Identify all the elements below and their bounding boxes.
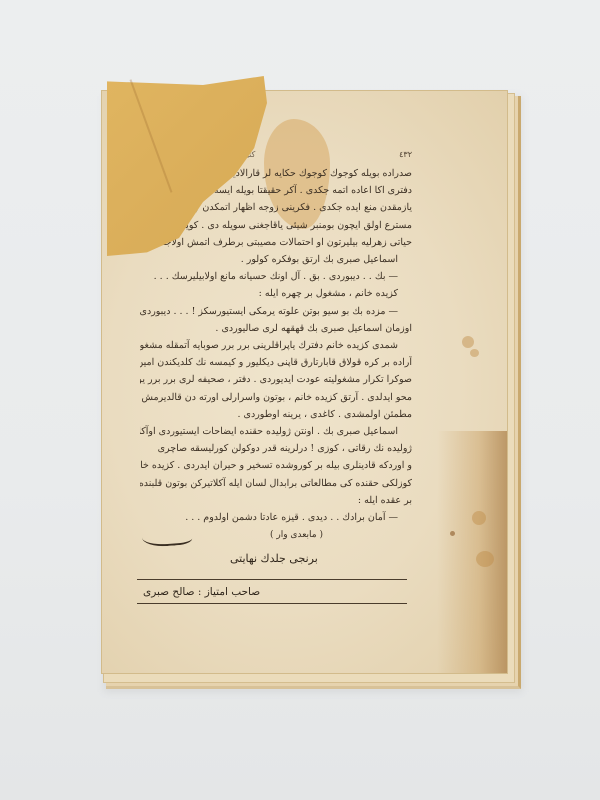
text-line: كوزلكی حقنده كی مطالعاتی برابدال لسان ای… xyxy=(140,475,412,492)
volume-end-label: برنجی جلدك نهایتی xyxy=(230,552,318,565)
text-line: حیاتی زهرلیه بیلیرتون او احتمالات مصیبتی… xyxy=(140,234,412,251)
foxing-spot xyxy=(470,349,479,357)
text-line: شمدی كزیده خانم دفترك یاپراقلرینی برر بر… xyxy=(140,337,412,354)
text-line: — آمان برادك . . دیدی . قیزه عادتا دشمن … xyxy=(140,509,412,526)
divider-top xyxy=(137,579,407,580)
foxing-spot xyxy=(450,531,455,536)
continued-label: ( مابعدی وار ) xyxy=(270,530,323,540)
foxing-spot xyxy=(472,511,486,525)
text-line: اسماعیل صبری بك . اونتن ژولیده حقنده ایض… xyxy=(140,423,412,440)
text-line: — مزده بك بو سیو بوتن علوته یرمكی ایستیو… xyxy=(140,303,412,320)
foxing-spot xyxy=(476,551,494,567)
text-line: بر عقده ایله : xyxy=(140,492,412,509)
text-line: كزیده خانم ، مشغول بر چهره ایله : xyxy=(140,285,412,302)
text-line: اسماعیل صبری بك ارتق بوفكره كولور . xyxy=(140,251,412,268)
text-line: مطمئن اولمشدی . كاغدی ، یرینه اوطوردی . xyxy=(140,406,412,423)
text-line: محو ایدلدی . آرتق كزیده خانم ، بوتون واس… xyxy=(140,389,412,406)
text-line: — بك . . دیبوردی . بق . آل اونك حسیانه م… xyxy=(140,268,412,285)
divider-bottom xyxy=(137,603,407,604)
edge-stain xyxy=(437,431,507,674)
text-line: و اوردكه قادینلری بیله بر كوروشده تسخیر … xyxy=(140,457,412,474)
text-line: اوزمان اسماعیل صبری بك قهقهه لری صالیورد… xyxy=(140,320,412,337)
running-header: كتيبه ٤٣٢ xyxy=(240,150,412,164)
text-line: ژولیده نك رقاتی ، كوزی ! درلرینه قدر دوك… xyxy=(140,440,412,457)
foxing-spot xyxy=(462,336,474,348)
owner-line: صاحب امتیاز : صالح صبری xyxy=(143,586,260,598)
text-line: صوكرا تكرار مشغولیته عودت ایدیوردی . دفت… xyxy=(140,371,412,388)
page-number: ٤٣٢ xyxy=(399,150,412,159)
text-line: آراده بر كره قولاق قابارتارق قاپنی دیكلی… xyxy=(140,354,412,371)
